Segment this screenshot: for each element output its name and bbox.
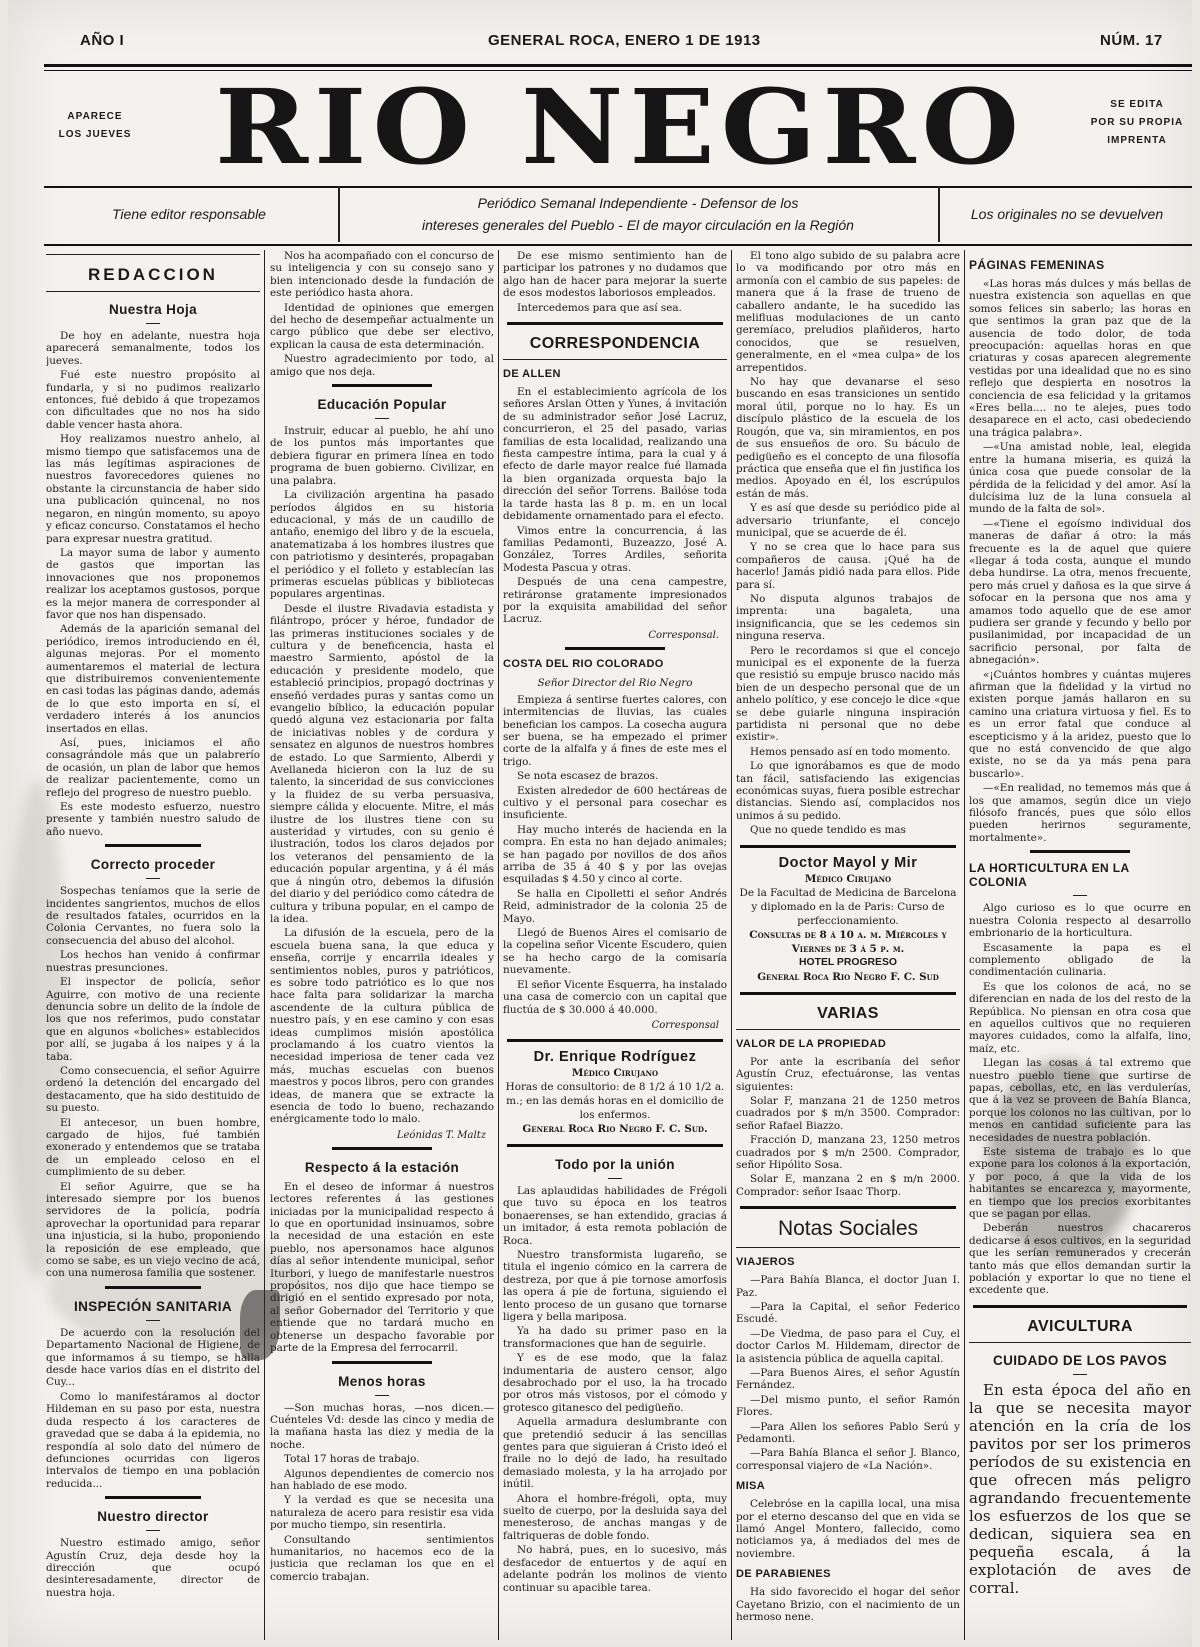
paragraph: —«En realidad, no tememos más que á los … [969, 782, 1191, 844]
section-redaccion: REDACCION [46, 265, 260, 285]
column-divider [264, 250, 265, 1640]
year-label: AÑO I [80, 32, 124, 49]
issue-number: NÚM. 17 [1100, 32, 1163, 49]
article-body: Empieza á sentirse fuertes calores, con … [503, 694, 727, 1016]
column-divider [964, 250, 965, 1640]
paragraph: Pero le recordamos si que el concejo mun… [736, 645, 960, 744]
paragraph: Además de la aparición semanal del perió… [46, 623, 260, 735]
paragraph: De ese mismo sentimiento han de particip… [503, 250, 727, 300]
printing-line: SE EDITA [1082, 96, 1192, 114]
article-body: El tono algo subido de su palabra acre l… [736, 250, 960, 837]
paragraph: Instruir, educar al pueblo, he ahí uno d… [270, 425, 494, 487]
paragraph: Es que los colonos de acá, no se diferen… [969, 981, 1191, 1055]
signature: Leónidas T. Maltz [270, 1130, 486, 1141]
paragraph: —Para Allen los señores Pablo Serú y Ped… [736, 1421, 960, 1446]
column-1: REDACCION Nuestra Hoja De hoy en adelant… [46, 250, 260, 1641]
ad-hotel: HOTEL PROGRESO [736, 956, 960, 970]
paragraph: Se nota escasez de brazos. [503, 770, 727, 782]
article-title: VIAJEROS [736, 1256, 960, 1268]
originals-note: Los originales no se devuelven [942, 186, 1192, 242]
paragraph: En el deseo de informar á nuestros lecto… [270, 1181, 494, 1355]
publication-schedule: APARECE LOS JUEVES [40, 108, 150, 144]
article-body: Nos ha acompañado con el concurso de su … [270, 250, 494, 378]
paragraph: Nos ha acompañado con el concurso de su … [270, 250, 494, 300]
paragraph: Consultando sentimientos humanitarios, n… [270, 1534, 494, 1584]
ad-line: De la Facultad de Medicina de Barcelona … [736, 886, 960, 928]
paragraph: Desde el ilustre Rivadavia estadista y f… [270, 603, 494, 926]
paragraph: La difusión de la escuela, pero de la es… [270, 927, 494, 1126]
paragraph: El tono algo subido de su palabra acre l… [736, 250, 960, 374]
paragraph: —«Tiene el egoísmo individual dos manera… [969, 518, 1191, 667]
paragraph: Total 17 horas de trabajo. [270, 1453, 494, 1465]
paragraph: El antecesor, un buen hombre, cargado de… [46, 1117, 260, 1179]
editor-note: Tiene editor responsable [44, 186, 334, 242]
article-title: Menos horas [270, 1374, 494, 1389]
article-title: Nuestra Hoja [46, 302, 260, 317]
paragraph: De hoy en adelante, nuestra hoja aparece… [46, 330, 260, 367]
article-title: Correcto proceder [46, 857, 260, 872]
printing-line: POR SU PROPIA [1082, 114, 1192, 132]
section-correspondencia: CORRESPONDENCIA [503, 335, 727, 353]
paragraph: Hemos pensado así en todo momento. [736, 746, 960, 758]
salutation: Señor Director del Rio Negro [503, 676, 727, 690]
paragraph: Aquella armadura deslumbrante con que pr… [503, 1416, 727, 1490]
printing-note: SE EDITA POR SU PROPIA IMPRENTA [1082, 96, 1192, 150]
paragraph: Lo que ignorábamos es que de modo tan fá… [736, 760, 960, 822]
ad-address: General Roca Rio Negro F. C. Sud. [503, 1122, 727, 1136]
subtitle-bar: Tiene editor responsable Periódico Seman… [44, 186, 1192, 242]
section-paginas-femeninas: PÁGINAS FEMENINAS [969, 258, 1191, 272]
article-body: Ha sido favorecido el hogar del señor Ca… [736, 1586, 960, 1623]
article-title: Todo por la unión [503, 1157, 727, 1172]
article-body: De ese mismo sentimiento han de particip… [503, 250, 727, 314]
paragraph: Ahora el hombre-frégoli, opta, muy suelt… [503, 1493, 727, 1543]
paragraph: Existen alrededor de 600 hectáreas de cu… [503, 785, 727, 822]
printing-line: IMPRENTA [1082, 132, 1192, 150]
ad-name: Dr. Enrique Rodríguez [503, 1050, 727, 1064]
paragraph: Como consecuencia, el señor Aguirre orde… [46, 1065, 260, 1115]
column-3: De ese mismo sentimiento han de particip… [503, 250, 727, 1641]
divider [938, 186, 940, 242]
paragraph: En esta época del año en la que se neces… [969, 1381, 1191, 1597]
column-divider [498, 250, 499, 1640]
paragraph: Las aplaudidas habilidades de Frégoli qu… [503, 1185, 727, 1247]
ad-title: Médico Cirujano [503, 1066, 727, 1080]
column-4: El tono algo subido de su palabra acre l… [736, 250, 960, 1641]
paragraph: Nuestro agradecimiento por todo, al amig… [270, 353, 494, 378]
paragraph: El señor Vicente Esquerra, ha instalado … [503, 979, 727, 1016]
paragraph: Es este modesto esfuerzo, nuestro presen… [46, 801, 260, 838]
paragraph: No hay que devanarse el seso buscando en… [736, 376, 960, 500]
dateline: GENERAL ROCA, ENERO 1 DE 1913 [488, 32, 761, 49]
paragraph: De acuerdo con la resolución del Departa… [46, 1327, 260, 1389]
paragraph: Llegan las cosas á tal extremo que nuest… [969, 1057, 1191, 1144]
column-5: PÁGINAS FEMENINAS «Las horas más dulces … [969, 250, 1191, 1641]
paragraph: No disputa algunos trabajos de imprenta:… [736, 593, 960, 643]
ad-line: Horas de consultorio: de 8 1/2 á 10 1/2 … [503, 1080, 727, 1122]
paragraph: Intercedemos para que así sea. [503, 302, 727, 314]
paragraph: —De Viedma, de paso para el Cuy, el doct… [736, 1328, 960, 1365]
schedule-line: APARECE [40, 108, 150, 126]
article-body: Algo curioso es lo que ocurre en nuestra… [969, 902, 1191, 1297]
ad-title: Médico Cirujano [736, 872, 960, 886]
paragraph: Celebróse en la capilla local, una misa … [736, 1498, 960, 1560]
paragraph: En el establecimiento agrícola de los se… [503, 386, 727, 522]
column-divider [731, 250, 732, 1640]
paragraph: Se halla en Cipolletti el señor Andrés R… [503, 888, 727, 925]
paragraph: —Para Buenos Aires, el señor Agustín Fer… [736, 1367, 960, 1392]
paragraph: «¡Cuántos hombres y cuántas mujeres afir… [969, 669, 1191, 781]
article-body: En el deseo de informar á nuestros lecto… [270, 1181, 494, 1355]
article-title: Respecto á la estación [270, 1160, 494, 1175]
paragraph: Y es así que desde su periódico pide al … [736, 502, 960, 539]
article-body: Las aplaudidas habilidades de Frégoli qu… [503, 1185, 727, 1594]
paragraph: Por ante la escribanía del señor Agustín… [736, 1056, 960, 1093]
paragraph: Ha sido favorecido el hogar del señor Ca… [736, 1586, 960, 1623]
article-body: En el establecimiento agrícola de los se… [503, 386, 727, 626]
article-title: LA HORTICULTURA EN LA COLONIA [969, 861, 1191, 889]
paragraph: «Las horas más dulces y más bellas de nu… [969, 278, 1191, 439]
masthead-title: RIO NEGRO [160, 73, 1080, 183]
article-body: Instruir, educar al pueblo, he ahí uno d… [270, 425, 494, 1126]
paragraph: Deberán nuestros chacareros dedicarse á … [969, 1222, 1191, 1296]
divider [338, 186, 340, 242]
article-body: «Las horas más dulces y más bellas de nu… [969, 278, 1191, 844]
paragraph: Llegó de Buenos Aires el comisario de la… [503, 927, 727, 977]
paragraph: Ya ha dado su primer paso en la transfor… [503, 1325, 727, 1350]
article-body: Sospechas teníamos que la serie de incid… [46, 885, 260, 1280]
paragraph: —«Una amistad noble, leal, elegida entre… [969, 441, 1191, 515]
tagline: Periódico Semanal Independiente - Defens… [342, 186, 934, 242]
paragraph: Y no se crea que lo hace para sus compañ… [736, 541, 960, 591]
paragraph: Vimos entre la concurrencia, á las famil… [503, 525, 727, 575]
article-title: DE ALLEN [503, 368, 727, 380]
paragraph: Nuestro transformista lugareño, se titul… [503, 1249, 727, 1323]
ad-name: Doctor Mayol y Mir [736, 856, 960, 870]
paragraph: Y la verdad es que se necesita una natur… [270, 1494, 494, 1531]
paragraph: Algunos dependientes de comercio nos han… [270, 1468, 494, 1493]
ad-address: General Roca Rio Negro F. C. Sud [736, 970, 960, 984]
paragraph: —Para la Capital, el señor Federico Escu… [736, 1301, 960, 1326]
paragraph: Así, pues, iniciamos el año consagrándol… [46, 737, 260, 799]
paragraph: —Del mismo punto, el señor Ramón Flores. [736, 1394, 960, 1419]
article-title: Educación Popular [270, 397, 494, 412]
paragraph: Este sistema de trabajo es lo que expone… [969, 1146, 1191, 1220]
tagline-line: intereses generales del Pueblo - El de m… [422, 214, 854, 236]
article-title: MISA [736, 1480, 960, 1492]
paragraph: Solar E, manzana 2 en $ m/n 2000. Compra… [736, 1173, 960, 1198]
advertisement-mayol: Doctor Mayol y Mir Médico Cirujano De la… [736, 856, 960, 984]
article-title: COSTA DEL RIO COLORADO [503, 658, 727, 670]
article-title: DE PARABIENES [736, 1568, 960, 1580]
advertisement-rodriguez: Dr. Enrique Rodríguez Médico Cirujano Ho… [503, 1050, 727, 1136]
paragraph: Los hechos han venido á confirmar nuestr… [46, 949, 260, 974]
paragraph: Que no quede tendido es mas [736, 824, 960, 836]
paragraph: Empieza á sentirse fuertes calores, con … [503, 694, 727, 768]
paragraph: Algo curioso es lo que ocurre en nuestra… [969, 902, 1191, 939]
schedule-line: LOS JUEVES [40, 126, 150, 144]
article-body: En esta época del año en la que se neces… [969, 1381, 1191, 1597]
article-body: Celebróse en la capilla local, una misa … [736, 1498, 960, 1560]
section-notas-sociales: Notas Sociales [736, 1217, 960, 1241]
paragraph: Y es de ese modo, que la falaz indumenta… [503, 1352, 727, 1414]
paragraph: No habrá, pues, en lo sucesivo, más desf… [503, 1544, 727, 1594]
paragraph: Hay mucho interés de hacienda en la comp… [503, 824, 727, 886]
section-avicultura: AVICULTURA [969, 1318, 1191, 1336]
signature: Corresponsal. [503, 630, 719, 641]
paragraph: La mayor suma de labor y aumento de gast… [46, 547, 260, 621]
paragraph: Después de una cena campestre, retiráron… [503, 576, 727, 626]
paragraph: Hoy realizamos nuestro anhelo, al mismo … [46, 433, 260, 545]
column-rule [44, 244, 1192, 246]
article-body: De hoy en adelante, nuestra hoja aparece… [46, 330, 260, 838]
article-body: —Son muchas horas, —nos dicen.— Cuéntele… [270, 1402, 494, 1584]
article-title: Nuestro director [46, 1509, 260, 1524]
signature: Corresponsal [503, 1020, 719, 1031]
paragraph: La civilización argentina ha pasado perí… [270, 489, 494, 601]
paragraph: Solar F, manzana 21 de 1250 metros cuadr… [736, 1095, 960, 1132]
tagline-line: Periódico Semanal Independiente - Defens… [478, 192, 799, 214]
paragraph: Nuestro estimado amigo, señor Agustín Cr… [46, 1537, 260, 1599]
article-body: Nuestro estimado amigo, señor Agustín Cr… [46, 1537, 260, 1599]
column-2: Nos ha acompañado con el concurso de su … [270, 250, 494, 1641]
paragraph: El señor Aguirre, que se ha interesado s… [46, 1181, 260, 1280]
paragraph: Fué este nuestro propósito al fundarla, … [46, 369, 260, 431]
article-body: Por ante la escribanía del señor Agustín… [736, 1056, 960, 1198]
tear-damage [240, 1290, 280, 1360]
paragraph: —Para Bahía Blanca, el doctor Juan I. Pa… [736, 1274, 960, 1299]
article-title: INSPECIÓN SANITARIA [46, 1299, 260, 1314]
paragraph: Fracción D, manzana 23, 1250 metros cuad… [736, 1134, 960, 1171]
paragraph: —Para Bahía Blanca el señor J. Blanco, c… [736, 1447, 960, 1472]
paragraph: El inspector de policía, señor Aguirre, … [46, 976, 260, 1063]
article-body: —Para Bahía Blanca, el doctor Juan I. Pa… [736, 1274, 960, 1472]
paragraph: Escasamente la papa es el complemento ob… [969, 942, 1191, 979]
section-varias: VARIAS [736, 1005, 960, 1023]
paragraph: Como lo manifestáramos al doctor Hildema… [46, 1391, 260, 1490]
paragraph: Identidad de opiniones que emergen del h… [270, 302, 494, 352]
article-body: De acuerdo con la resolución del Departa… [46, 1327, 260, 1490]
ad-line: Consultas de 8 á 10 a. m. Miércoles y Vi… [736, 928, 960, 956]
paragraph: —Son muchas horas, —nos dicen.— Cuéntele… [270, 1402, 494, 1452]
article-title: CUIDADO DE LOS PAVOS [969, 1353, 1191, 1368]
article-title: VALOR DE LA PROPIEDAD [736, 1038, 960, 1050]
paragraph: Sospechas teníamos que la serie de incid… [46, 885, 260, 947]
